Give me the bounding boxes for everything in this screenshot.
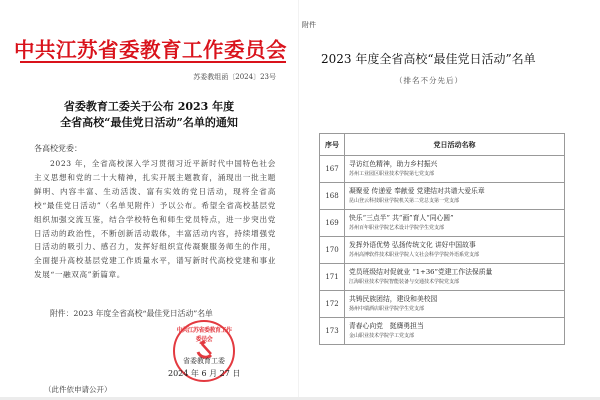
row-content: 党员班级结对促就业 “1+36”党建工作法保质量 江海职业技术学院智能装备与交通…: [345, 264, 565, 291]
list-title: 2023 年度全省高校“最佳党日活动”名单: [321, 50, 536, 67]
activity-name: 共铸民族团结，建设和美校园: [349, 294, 564, 305]
table-row: 172 共铸民族团结，建设和美校园 扬州中瑞酒店职业学院学生党支部: [320, 291, 565, 318]
attachment-reference: 附件：2023 年度全省高校“最佳党日活动”名单: [50, 308, 213, 319]
activity-unit: 扬州中瑞酒店职业学院学生党支部: [349, 305, 564, 314]
row-content: 快乐“三点半” 共“画”育人“同心圆” 苏州百年职业学院艺术设计学院学生党支部: [345, 210, 565, 237]
activity-unit: 昆山登云科技职业学院机关第二党总支第一党支部: [349, 197, 564, 206]
activity-unit: 金山职业技术学院学工党支部: [349, 332, 564, 341]
row-content: 发挥外语优势 弘扬传统文化 讲好中国故事 苏州高博软件技术职业学院人文社会科学学…: [345, 237, 565, 264]
org-letterhead-title: 中共江苏省委教育工作委员会: [14, 33, 286, 63]
row-number: 171: [320, 264, 345, 291]
activity-name: 党员班级结对促就业 “1+36”党建工作法保质量: [349, 267, 564, 278]
activity-unit: 苏州百年职业学院艺术设计学院学生党支部: [349, 224, 564, 233]
disclosure-note: （此件依申请公开）: [44, 384, 112, 395]
column-header-number: 序号: [320, 134, 345, 156]
activity-name: 青春心向党 挺膺勇担当: [349, 321, 564, 332]
table-row: 171 党员班级结对促就业 “1+36”党建工作法保质量 江海职业技术学院智能装…: [320, 264, 565, 291]
letterhead-red-rule: [20, 61, 286, 63]
signature-date: 2024 年 6 月 27 日: [168, 368, 240, 379]
row-number: 167: [320, 156, 345, 183]
activity-name: 寻访红色精神，助力乡村振兴: [349, 159, 564, 170]
activity-name: 发挥外语优势 弘扬传统文化 讲好中国故事: [349, 240, 564, 251]
attachment-page: 附件 2023 年度全省高校“最佳党日活动”名单 （排名不分先后） 序号 党日活…: [298, 0, 600, 400]
signature-organization: 省委教育工委: [183, 356, 225, 366]
activity-name: 凝聚爱 传递爱 奉献爱 党建结对共谱大爱乐章: [349, 186, 564, 197]
activity-unit: 江海职业技术学院智能装备与交通技术学院党支部: [349, 278, 564, 287]
awards-table: 序号 党日活动名称 167 寻访红色精神，助力乡村振兴 苏州工业园区职业技术学院…: [319, 133, 565, 345]
list-subtitle: （排名不分先后）: [395, 75, 463, 86]
activity-name: 快乐“三点半” 共“画”育人“同心圆”: [349, 213, 564, 224]
notice-title-line2: 全省高校“最佳党日活动”名单的通知: [0, 114, 298, 130]
table-row: 168 凝聚爱 传递爱 奉献爱 党建结对共谱大爱乐章 昆山登云科技职业学院机关第…: [320, 183, 565, 210]
notice-body: 2023 年，全省高校深入学习贯彻习近平新时代中国特色社会主义思想和党的二十大精…: [34, 157, 276, 282]
column-header-activity: 党日活动名称: [345, 134, 565, 156]
salutation: 各高校党委：: [34, 143, 82, 154]
row-content: 共铸民族团结，建设和美校园 扬州中瑞酒店职业学院学生党支部: [345, 291, 565, 318]
row-content: 青春心向党 挺膺勇担当 金山职业技术学院学工党支部: [345, 318, 565, 345]
notice-page: 中共江苏省委教育工作委员会 苏委教组函〔2024〕23号 省委教育工委关于公布 …: [0, 0, 298, 400]
row-content: 凝聚爱 传递爱 奉献爱 党建结对共谱大爱乐章 昆山登云科技职业学院机关第二党总支…: [345, 183, 565, 210]
table-row: 167 寻访红色精神，助力乡村振兴 苏州工业园区职业技术学院第七党支部: [320, 156, 565, 183]
activity-unit: 苏州工业园区职业技术学院第七党支部: [349, 170, 564, 179]
table-row: 169 快乐“三点半” 共“画”育人“同心圆” 苏州百年职业学院艺术设计学院学生…: [320, 210, 565, 237]
row-number: 173: [320, 318, 345, 345]
row-number: 169: [320, 210, 345, 237]
notice-title-line1: 省委教育工委关于公布 2023 年度: [0, 98, 298, 114]
row-number: 168: [320, 183, 345, 210]
document-number: 苏委教组函〔2024〕23号: [193, 72, 276, 82]
activity-unit: 苏州高博软件技术职业学院人文社会科学学院外语系党支部: [349, 251, 564, 260]
table-row: 173 青春心向党 挺膺勇担当 金山职业技术学院学工党支部: [320, 318, 565, 345]
row-number: 170: [320, 237, 345, 264]
row-content: 寻访红色精神，助力乡村振兴 苏州工业园区职业技术学院第七党支部: [345, 156, 565, 183]
attachment-label: 附件: [302, 20, 316, 30]
row-number: 172: [320, 291, 345, 318]
table-row: 170 发挥外语优势 弘扬传统文化 讲好中国故事 苏州高博软件技术职业学院人文社…: [320, 237, 565, 264]
table-header-row: 序号 党日活动名称: [320, 134, 565, 156]
